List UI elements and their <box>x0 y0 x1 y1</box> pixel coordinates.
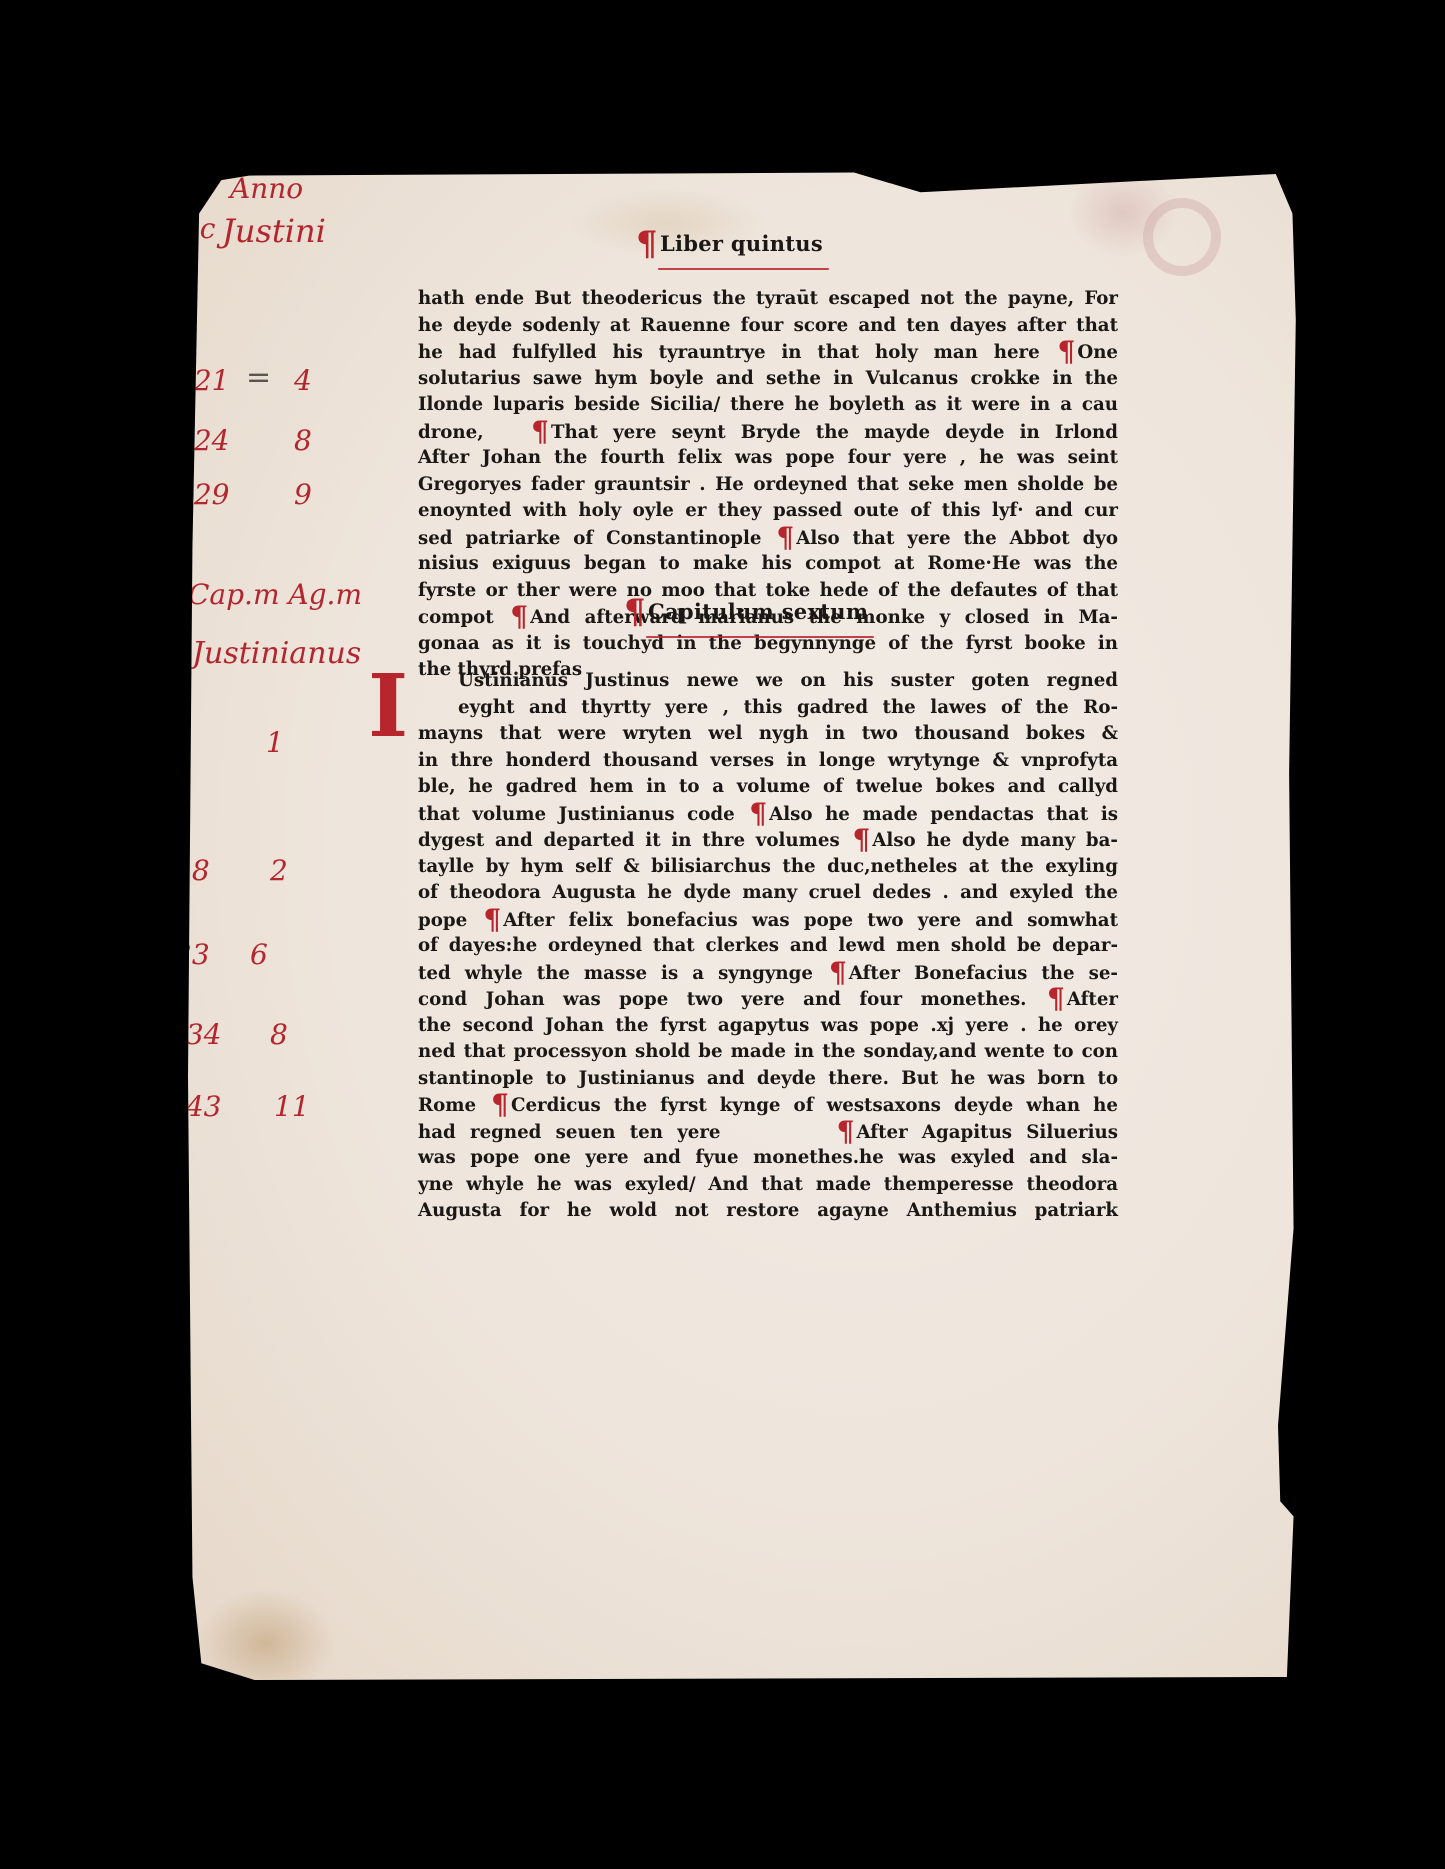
margin-anno: Anno <box>230 172 303 205</box>
margin-regnal: 6 <box>250 938 268 971</box>
paragraph-mark-icon: ¶ <box>624 592 646 632</box>
margin-year: 134 <box>168 1018 221 1051</box>
margin-regnal: 11 <box>274 1090 310 1123</box>
paragraph-mark-icon: ¶ <box>491 1088 509 1121</box>
margin-regnal: 8 <box>270 1018 288 1051</box>
text-line: Rome ¶Cerdicus the fyrst kynge of westsa… <box>418 1092 1118 1119</box>
margin-regnal: 1 <box>266 726 284 759</box>
ring-stain-top-right <box>1143 198 1221 276</box>
text-line: that volume Justinianus code ¶Also he ma… <box>418 801 1118 828</box>
stain-top-right <box>1068 168 1178 258</box>
margin-regnal: 9 <box>294 478 312 511</box>
text-line: After Johan the fourth felix was pope fo… <box>418 445 1118 472</box>
chapter-heading: ¶Capitulum sextum <box>624 592 868 632</box>
text-line: Ustinianus Justinus newe we on his suste… <box>418 668 1118 695</box>
margin-regnal: 4 <box>294 364 312 397</box>
manuscript-leaf: Anno xc Justini 121 = 4 124 8 129 9 Cap.… <box>188 168 1298 1683</box>
margin-justinianus: Justinianus <box>192 636 361 671</box>
margin-year: 33 <box>174 938 210 971</box>
paragraph-mark-icon: ¶ <box>837 1115 855 1148</box>
text-line: of theodora Augusta he dyde many cruel d… <box>418 880 1118 907</box>
drop-cap-initial: I <box>368 664 408 750</box>
text-line: in thre honderd thousand verses in longe… <box>418 748 1118 775</box>
margin-regnal: 8 <box>294 424 312 457</box>
paragraph-mark-icon: ¶ <box>636 224 658 264</box>
text-line: nisius exiguus began to make his compot … <box>418 551 1118 578</box>
text-line: ned that processyon shold be made in the… <box>418 1039 1118 1066</box>
paragraph-mark-icon: ¶ <box>1058 335 1076 368</box>
margin-year: 124 <box>176 424 229 457</box>
margin-year: 143 <box>168 1090 221 1123</box>
text-line: eyght and thyrtty yere , this gadred the… <box>418 695 1118 722</box>
text-line: solutarius sawe hym boyle and sethe in V… <box>418 366 1118 393</box>
margin-year: 129 <box>176 478 229 511</box>
margin-year: 121 <box>176 364 229 397</box>
text-line: had regned seuen ten yere ¶After Agapitu… <box>418 1119 1118 1146</box>
paragraph-mark-icon: ¶ <box>510 600 528 633</box>
margin-regnal: 2 <box>270 854 288 887</box>
text-line: Augusta for he wold not restore agayne A… <box>418 1198 1118 1225</box>
paragraph-mark-icon: ¶ <box>531 415 549 448</box>
paragraph-mark-icon: ¶ <box>829 956 847 989</box>
rubric-underline <box>658 268 829 270</box>
margin-justini: Justini <box>222 212 326 250</box>
text-line: the second Johan the fyrst agapytus was … <box>418 1013 1118 1040</box>
text-line: cond Johan was pope two yere and four mo… <box>418 986 1118 1013</box>
margin-year: 28 <box>174 854 210 887</box>
text-line: ble, he gadred hem in to a volume of twe… <box>418 774 1118 801</box>
text-line: was pope one yere and fyue monethes.he w… <box>418 1145 1118 1172</box>
text-line: Ilonde luparis beside Sicilia/ there he … <box>418 392 1118 419</box>
margin-label-xc: xc <box>184 212 215 245</box>
foxing-stain-bottom-left <box>196 1588 336 1698</box>
margin-equals-pencil: = <box>246 360 271 395</box>
text-line: enoynted with holy oyle er they passed o… <box>418 498 1118 525</box>
text-section-2: Ustinianus Justinus newe we on his suste… <box>418 668 1118 1225</box>
text-line: Gregoryes fader grauntsir . He ordeyned … <box>418 472 1118 499</box>
margin-year: 1 <box>178 726 196 759</box>
text-line: mayns that were wryten wel nygh in two t… <box>418 721 1118 748</box>
paragraph-mark-icon: ¶ <box>483 903 501 936</box>
paragraph-mark-icon: ¶ <box>749 797 767 830</box>
text-line: sed patriarke of Constantinople ¶Also th… <box>418 525 1118 552</box>
text-line: ted whyle the masse is a syngynge ¶After… <box>418 960 1118 987</box>
text-line: he had fulfylled his tyrauntrye in that … <box>418 339 1118 366</box>
text-line: gonaa as it is touchyd in the begynnynge… <box>418 631 1118 658</box>
text-line: pope ¶After felix bonefacius was pope tw… <box>418 907 1118 934</box>
text-line: of dayes:he ordeyned that clerkes and le… <box>418 933 1118 960</box>
rubric-underline <box>646 636 874 638</box>
text-line: yne whyle he was exyled/ And that made t… <box>418 1172 1118 1199</box>
text-line: hath ende But theodericus the tyraūt esc… <box>418 286 1118 313</box>
text-line: drone, ¶That yere seynt Bryde the mayde … <box>418 419 1118 446</box>
paragraph-mark-icon: ¶ <box>1047 982 1065 1015</box>
paragraph-mark-icon: ¶ <box>776 521 794 554</box>
margin-chapter-note: Cap.m Ag.m <box>188 578 362 611</box>
text-line: stantinople to Justinianus and deyde the… <box>418 1066 1118 1093</box>
text-line: he deyde sodenly at Rauenne four score a… <box>418 313 1118 340</box>
text-line: dygest and departed it in thre volumes ¶… <box>418 827 1118 854</box>
text-line: taylle by hym self & bilisiarchus the du… <box>418 854 1118 881</box>
paragraph-mark-icon: ¶ <box>852 823 870 856</box>
running-head: ¶Liber quintus <box>636 224 823 264</box>
